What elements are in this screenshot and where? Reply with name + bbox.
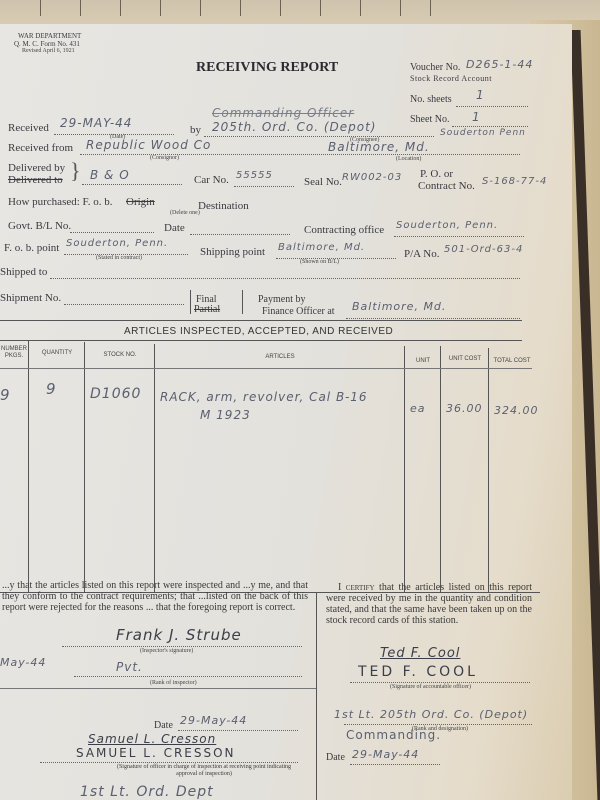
fob-point-value: Souderton, Penn. bbox=[66, 238, 168, 249]
form-revision: Revised April 6, 1921 bbox=[22, 48, 75, 54]
col-quantity: QUANTITY bbox=[30, 350, 84, 357]
contracting-office-value: Souderton, Penn. bbox=[396, 220, 498, 231]
car-number: 55555 bbox=[236, 170, 273, 181]
cell-total-cost: 324.00 bbox=[494, 404, 539, 417]
cell-stock-no: D1060 bbox=[90, 386, 141, 402]
struck-consignee: Commanding Officer bbox=[212, 106, 354, 120]
receipt-date: 29-May-44 bbox=[352, 748, 419, 761]
receiving-report-form: WAR DEPARTMENT Q. M. C. Form No. 431 Rev… bbox=[0, 24, 572, 800]
received-from-label: Received from bbox=[8, 142, 73, 154]
receipt-certification: I certify that the articles listed on th… bbox=[326, 582, 532, 626]
consignee-value: 205th. Ord. Co. (Depot) bbox=[212, 120, 376, 134]
voucher-number: D265-1-44 bbox=[466, 58, 533, 71]
inspection-certification: ...y that the articles listed on this re… bbox=[2, 580, 308, 613]
inspector-signature: Frank J. Strube bbox=[116, 626, 242, 644]
cell-unit: ea bbox=[410, 402, 426, 415]
accountable-officer-rank-line2: Commanding. bbox=[346, 728, 441, 742]
inspection-date-partial: May-44 bbox=[0, 656, 46, 669]
cell-article-line2: M 1923 bbox=[200, 408, 251, 422]
sheet-no-value: 1 bbox=[472, 110, 481, 124]
consignor-value: Republic Wood Co bbox=[86, 138, 211, 152]
cell-quantity: 9 bbox=[46, 380, 57, 398]
voucher-label: Voucher No. bbox=[410, 62, 460, 73]
sheets-value: 1 bbox=[476, 88, 485, 102]
col-total-cost: TOTAL COST bbox=[490, 358, 534, 365]
sheets-label: No. sheets bbox=[410, 94, 452, 105]
pa-number: 501-Ord-63-4 bbox=[444, 244, 523, 255]
inspector-rank: Pvt. bbox=[116, 660, 143, 674]
accountable-officer-rank: 1st Lt. 205th Ord. Co. (Depot) bbox=[334, 708, 528, 721]
col-number-pkgs: NUMBER PKGS. bbox=[0, 346, 28, 360]
articles-heading: ARTICLES INSPECTED, ACCEPTED, AND RECEIV… bbox=[124, 326, 393, 337]
officer-printed-name: SAMUEL L. CRESSON bbox=[76, 746, 236, 760]
col-unit: UNIT bbox=[406, 358, 440, 365]
cell-article: RACK, arm, revolver, Cal B-16 bbox=[160, 390, 368, 404]
consignee-location: Souderton Penn bbox=[440, 128, 526, 138]
col-stock-no: STOCK NO. bbox=[86, 352, 154, 359]
department-label: WAR DEPARTMENT bbox=[18, 32, 81, 40]
finance-officer-location: Baltimore, Md. bbox=[352, 300, 446, 313]
col-articles: ARTICLES bbox=[156, 354, 404, 361]
consignor-location: Baltimore, Md. bbox=[328, 140, 430, 154]
seal-number: RW002-03 bbox=[342, 172, 402, 183]
officer-approval-date: 29-May-44 bbox=[180, 714, 247, 727]
stock-record-account-label: Stock Record Account bbox=[410, 74, 492, 83]
col-unit-cost: UNIT COST bbox=[442, 356, 488, 363]
delivered-value: B & O bbox=[90, 168, 130, 182]
cell-unit-cost: 36.00 bbox=[446, 402, 483, 415]
contract-number: S-168-77-4 bbox=[482, 176, 547, 187]
form-title: RECEIVING REPORT bbox=[196, 60, 338, 76]
officer-signature: Samuel L. Cresson bbox=[88, 732, 216, 746]
officer-rank: 1st Lt. Ord. Dept bbox=[80, 784, 214, 800]
sheet-no-label: Sheet No. bbox=[410, 114, 449, 125]
cell-pkgs: 9 bbox=[0, 386, 11, 404]
received-date: 29-MAY-44 bbox=[60, 116, 132, 130]
shipping-point-value: Baltimore, Md. bbox=[278, 242, 365, 253]
form-number: Q. M. C. Form No. 431 bbox=[14, 40, 80, 48]
accountable-officer-printed: TED F. COOL bbox=[358, 664, 478, 680]
accountable-officer-signature: Ted F. Cool bbox=[380, 646, 460, 661]
received-label: Received bbox=[8, 122, 49, 134]
